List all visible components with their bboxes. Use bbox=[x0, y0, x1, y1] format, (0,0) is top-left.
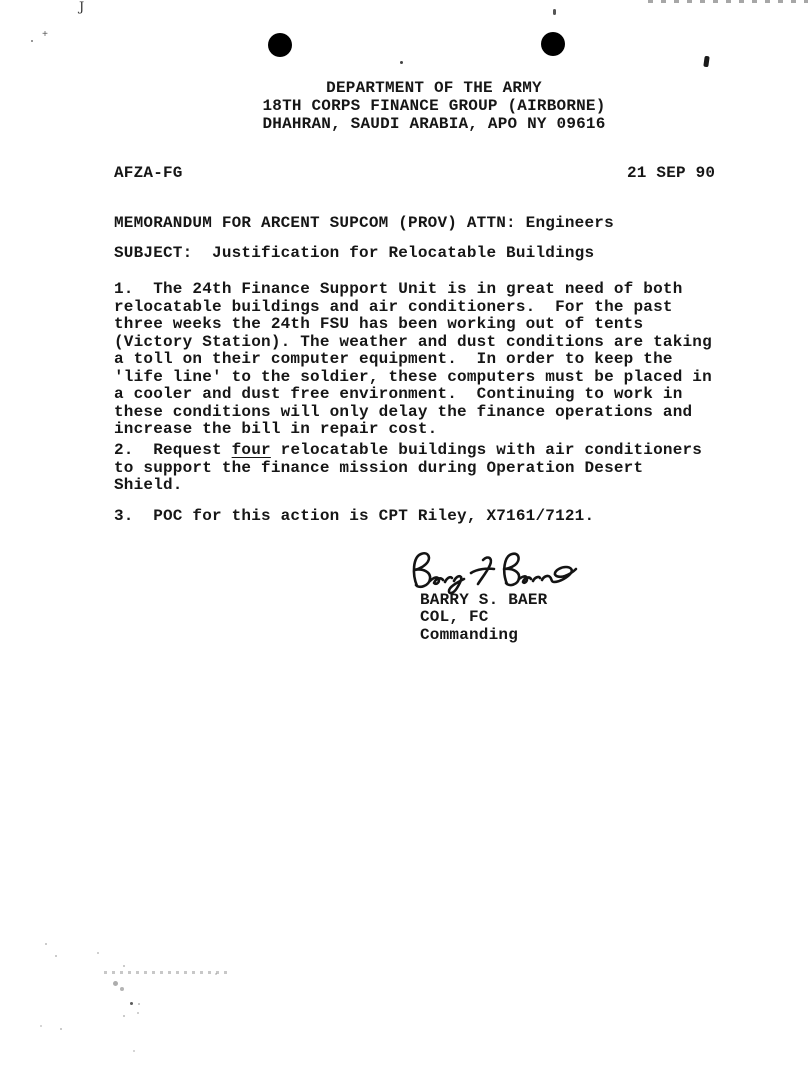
scan-artifact-tick bbox=[703, 56, 709, 68]
office-symbol: AFZA-FG bbox=[114, 164, 183, 182]
subject-line: SUBJECT: Justification for Relocatable B… bbox=[114, 245, 594, 263]
scan-artifact-speck bbox=[400, 61, 403, 64]
paragraph-2-text: 2. Request bbox=[114, 441, 232, 459]
scan-artifact-speck bbox=[31, 40, 33, 42]
scan-artifact-speck bbox=[130, 1002, 133, 1005]
scan-artifact-speck bbox=[123, 965, 125, 967]
scan-artifact-speck bbox=[123, 1015, 125, 1017]
paragraph-2-text: relocatable buildings with air condition… bbox=[271, 441, 702, 459]
signer-name: BARRY S. BAER bbox=[420, 592, 547, 609]
memorandum-for-line: MEMORANDUM FOR ARCENT SUPCOM (PROV) ATTN… bbox=[114, 214, 614, 232]
document-date: 21 SEP 90 bbox=[627, 164, 715, 182]
letterhead-line-address: DHAHRAN, SAUDI ARABIA, APO NY 09616 bbox=[253, 115, 615, 133]
scan-artifact-speck bbox=[133, 1050, 135, 1052]
scan-artifact-speck bbox=[553, 9, 556, 15]
hole-punch-icon bbox=[268, 33, 292, 57]
paragraph-1: 1. The 24th Finance Support Unit is in g… bbox=[114, 281, 712, 439]
scan-artifact-top-dashed-line bbox=[648, 0, 808, 3]
scan-artifact-plus-mark: + bbox=[42, 30, 48, 41]
scan-artifact-speck bbox=[215, 973, 217, 975]
scan-artifact-speck bbox=[55, 955, 57, 957]
letterhead: DEPARTMENT OF THE ARMY 18TH CORPS FINANC… bbox=[253, 79, 615, 133]
signer-title: Commanding bbox=[420, 627, 547, 644]
paragraph-2: 2. Request four relocatable buildings wi… bbox=[114, 442, 702, 495]
hole-punch-icon bbox=[541, 32, 565, 56]
paragraph-2-text: to support the finance mission during Op… bbox=[114, 459, 643, 495]
signature-block: BARRY S. BAER COL, FC Commanding bbox=[420, 592, 547, 644]
scan-artifact-speck bbox=[137, 1012, 139, 1014]
scanned-memo-page: J + DEPARTMENT OF THE ARMY 18TH CORPS FI… bbox=[0, 0, 808, 1088]
scan-artifact-speck bbox=[138, 1003, 140, 1005]
scan-artifact-speck bbox=[120, 987, 124, 991]
scan-artifact-speck bbox=[40, 1025, 42, 1027]
signer-rank: COL, FC bbox=[420, 609, 547, 626]
scan-artifact-speck bbox=[45, 943, 47, 945]
scan-artifact-smudge bbox=[104, 971, 232, 974]
scan-artifact-speck bbox=[113, 981, 118, 986]
letterhead-line-department: DEPARTMENT OF THE ARMY bbox=[253, 79, 615, 97]
paragraph-2-underlined-word: four bbox=[232, 441, 271, 459]
scan-artifact-speck bbox=[60, 1028, 62, 1030]
letterhead-line-unit: 18TH CORPS FINANCE GROUP (AIRBORNE) bbox=[253, 97, 615, 115]
scan-artifact-speck bbox=[97, 952, 99, 954]
paragraph-3: 3. POC for this action is CPT Riley, X71… bbox=[114, 508, 594, 526]
scan-artifact-pen-mark: J bbox=[79, 0, 84, 15]
